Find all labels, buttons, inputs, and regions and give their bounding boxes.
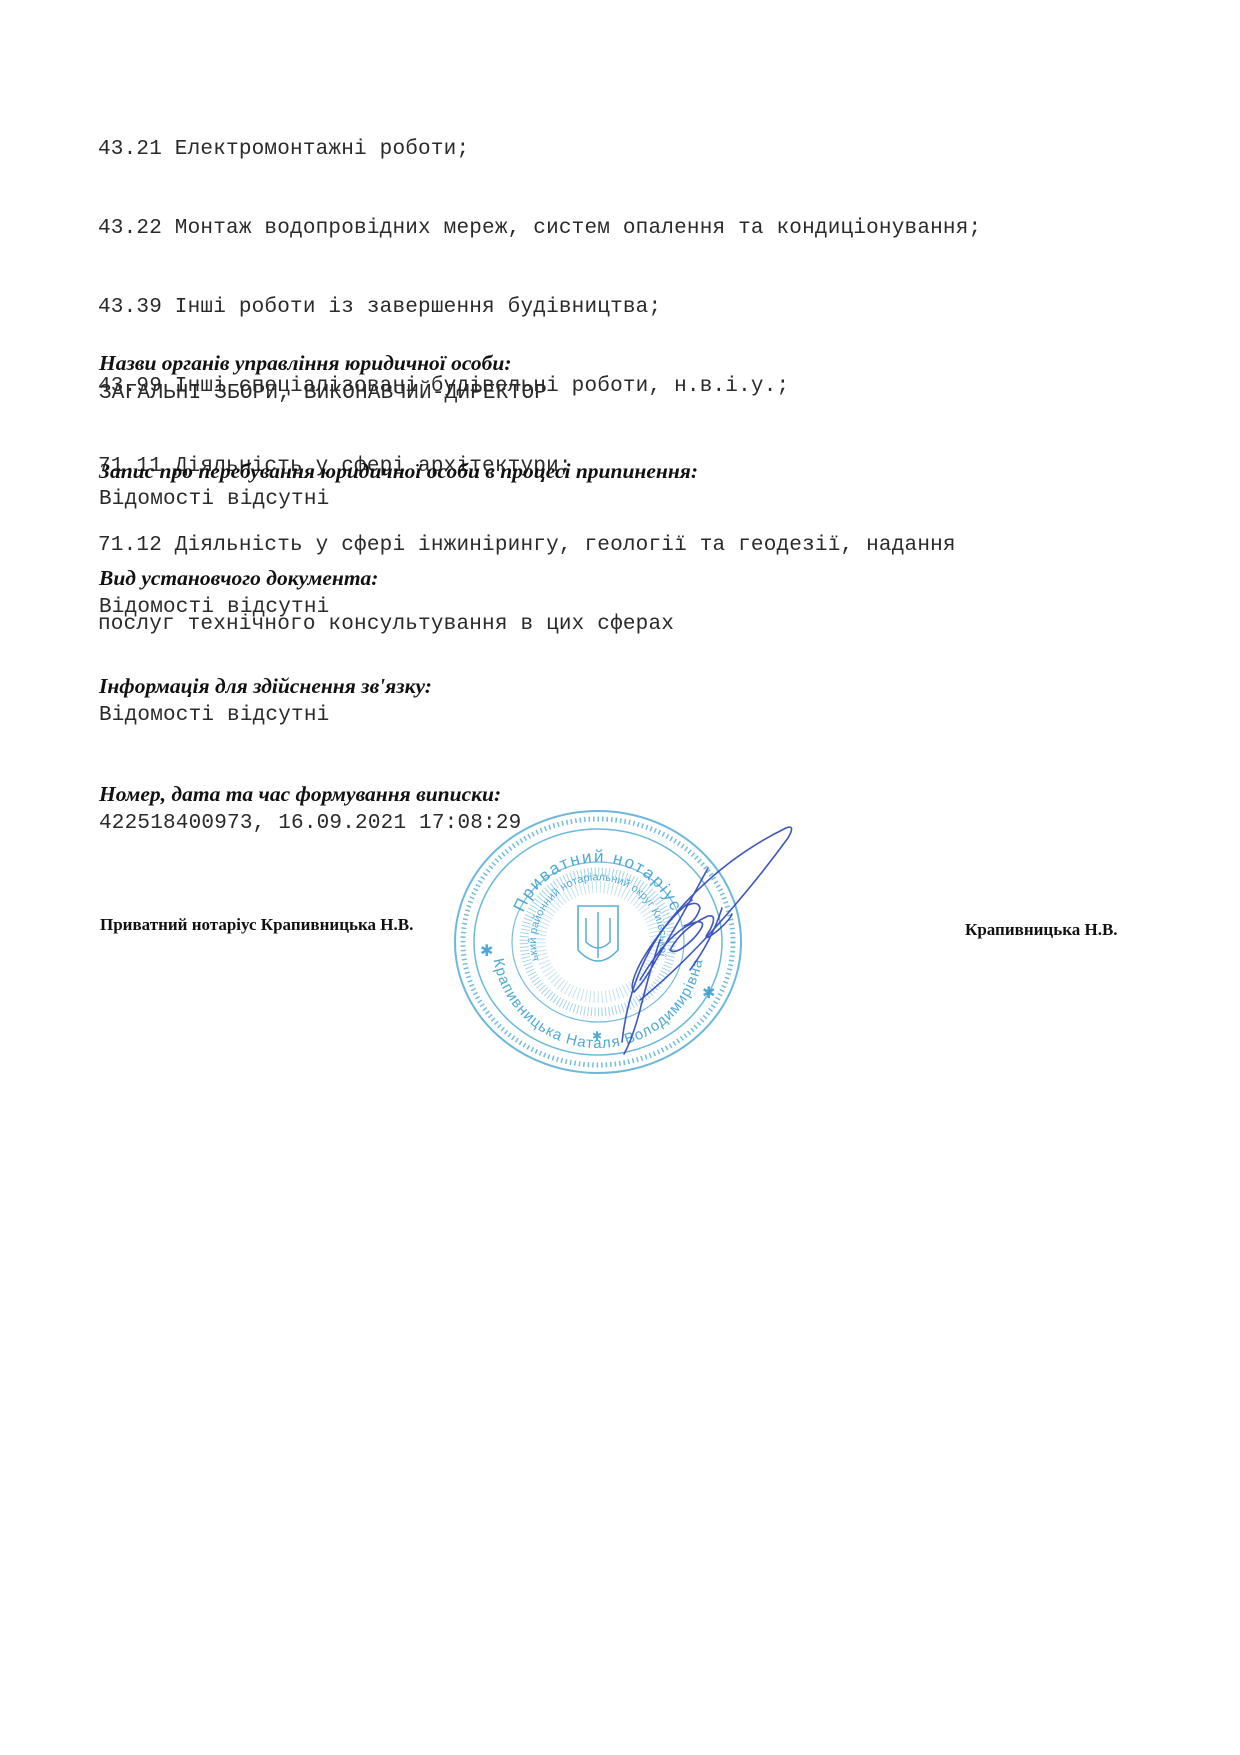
activity-item: 43.22 Монтаж водопровідних мереж, систем… — [98, 216, 981, 242]
termination-record-heading: Запис про перебування юридичної особи в … — [99, 459, 698, 484]
activity-item: 43.21 Електромонтажні роботи; — [98, 137, 981, 163]
founding-document-heading: Вид установчого документа: — [99, 566, 378, 591]
termination-record-value: Відомості відсутні — [99, 488, 329, 511]
handwritten-signature-icon — [600, 810, 800, 1060]
document-page: 43.21 Електромонтажні роботи; 43.22 Монт… — [0, 0, 1240, 1755]
contact-info-value: Відомості відсутні — [99, 704, 329, 727]
svg-text:✱: ✱ — [480, 943, 493, 960]
notary-title-label: Приватний нотаріус Крапивницька Н.В. — [100, 915, 413, 935]
activity-item: 43.39 Інші роботи із завершення будівниц… — [98, 295, 981, 321]
activity-item: 71.12 Діяльність у сфері інжинірингу, ге… — [98, 533, 981, 559]
governing-bodies-heading: Назви органів управління юридичної особи… — [99, 351, 512, 376]
contact-info-heading: Інформація для здійснення зв'язку: — [99, 674, 432, 699]
extract-info-heading: Номер, дата та час формування виписки: — [99, 782, 501, 807]
governing-bodies-value: ЗАГАЛЬНІ ЗБОРИ, ВИКОНАВЧИЙ-ДИРЕКТОР — [99, 382, 547, 405]
notary-name-label: Крапивницька Н.В. — [965, 920, 1118, 940]
founding-document-value: Відомості відсутні — [99, 596, 329, 619]
